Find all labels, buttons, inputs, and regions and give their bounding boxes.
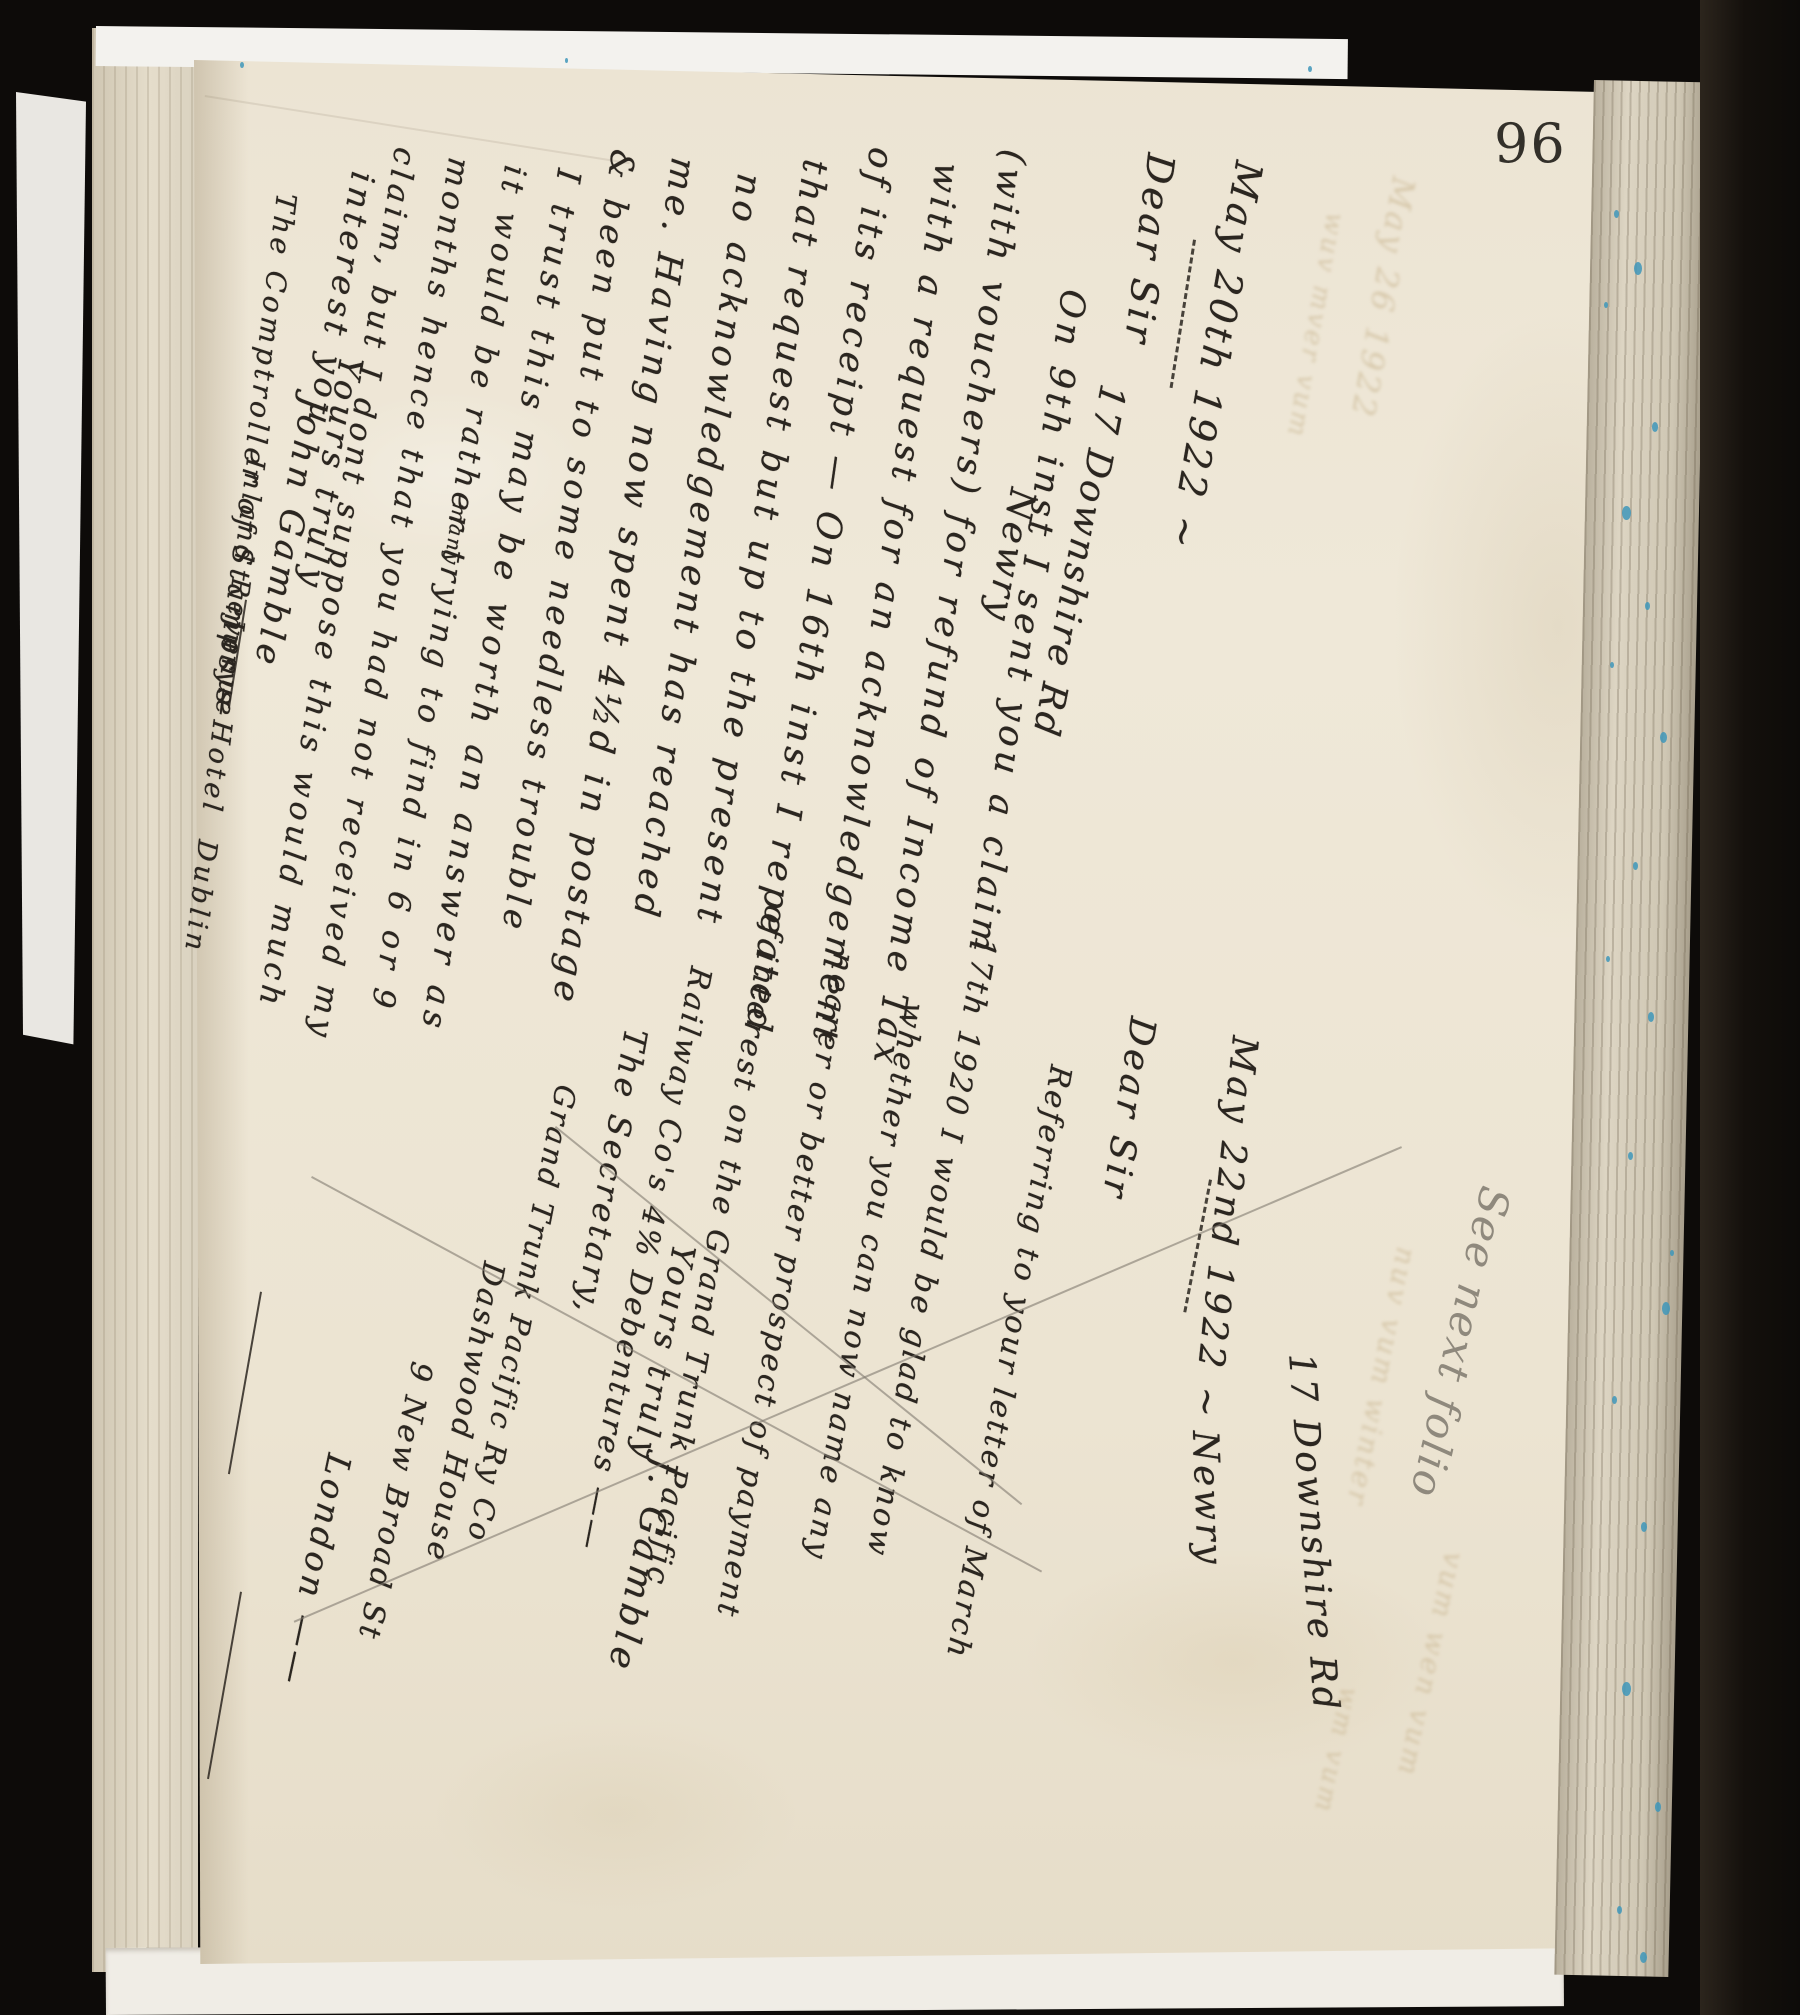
- fore-edge-blue-speckle: [1645, 602, 1650, 610]
- left-previous-page-sliver: [16, 92, 86, 1054]
- fore-edge-blue-speckle: [1652, 422, 1658, 432]
- page-top-blue-speckle: [565, 58, 568, 63]
- book-cover: [1700, 0, 1800, 2015]
- letterbook-photo: 96 May 20th 1922 ~Dear Sir17 Downshire R…: [0, 0, 1800, 2015]
- fore-edge-blue-speckle: [1617, 1906, 1622, 1914]
- left-page-stack-edges: [92, 28, 198, 1972]
- fore-edge-blue-speckle: [1612, 1396, 1617, 1404]
- fore-edge-blue-speckle: [1628, 1152, 1633, 1160]
- fore-edge-blue-speckle: [1634, 262, 1642, 275]
- fore-edge-blue-speckle: [1641, 1522, 1647, 1532]
- fore-edge-blue-speckle: [1648, 1012, 1654, 1022]
- fore-edge-blue-speckle: [1655, 1802, 1661, 1812]
- fore-edge-blue-speckle: [1662, 1302, 1670, 1315]
- fore-edge-blue-speckle: [1633, 862, 1638, 870]
- fore-edge-blue-speckle: [1614, 210, 1619, 218]
- handwritten-line-letter2: Newry: [1186, 1430, 1227, 1567]
- folio-number: 96: [1494, 112, 1567, 175]
